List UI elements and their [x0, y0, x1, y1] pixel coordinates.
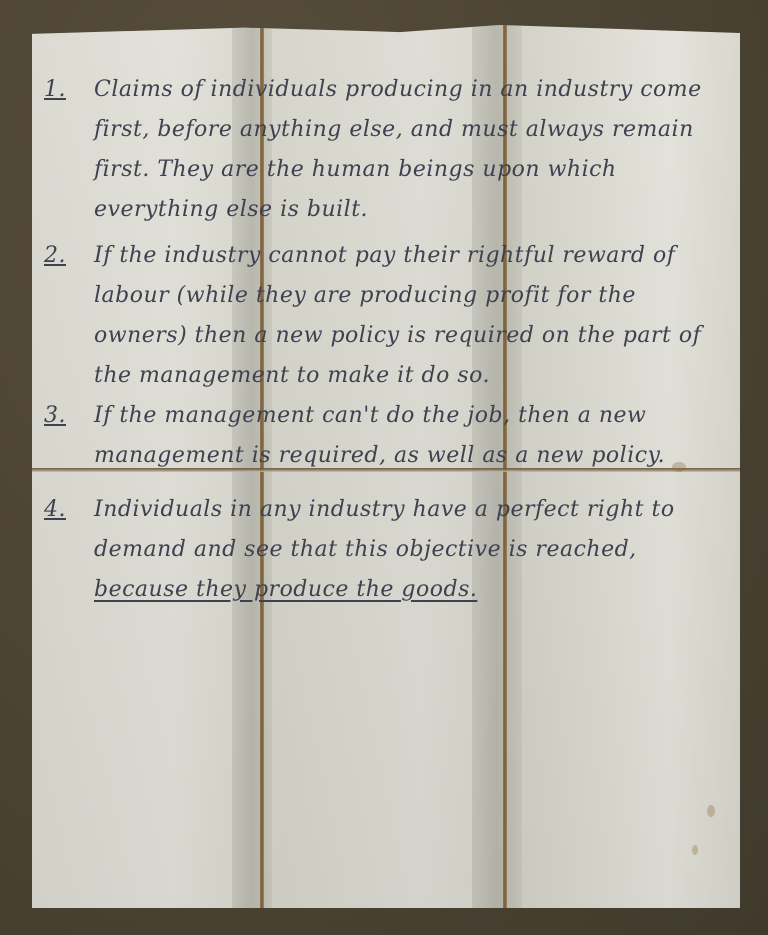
underlined-phrase: because they produce the goods. [94, 577, 477, 602]
paragraph-4: 4. Individuals in any industry have a pe… [44, 490, 734, 610]
paragraph-text: If the management can't do the job, then… [86, 396, 734, 476]
paragraph-text: If the industry cannot pay their rightfu… [86, 236, 734, 396]
letter-body: 1. Claims of individuals producing in an… [44, 70, 734, 610]
paragraph-number: 3. [44, 396, 86, 476]
paragraph-2: 2. If the industry cannot pay their righ… [44, 236, 734, 396]
paragraph-text: Claims of individuals producing in an in… [86, 70, 734, 230]
stain [692, 845, 698, 855]
paragraph-number: 4. [44, 490, 86, 610]
letter-paper: 1. Claims of individuals producing in an… [32, 25, 740, 908]
paragraph-number: 2. [44, 236, 86, 396]
stain [707, 805, 715, 817]
paragraph-number: 1. [44, 70, 86, 230]
paragraph-text-plain: Individuals in any industry have a perfe… [94, 497, 675, 562]
paragraph-1: 1. Claims of individuals producing in an… [44, 70, 734, 230]
paragraph-3: 3. If the management can't do the job, t… [44, 396, 734, 476]
paragraph-text: Individuals in any industry have a perfe… [86, 490, 734, 610]
